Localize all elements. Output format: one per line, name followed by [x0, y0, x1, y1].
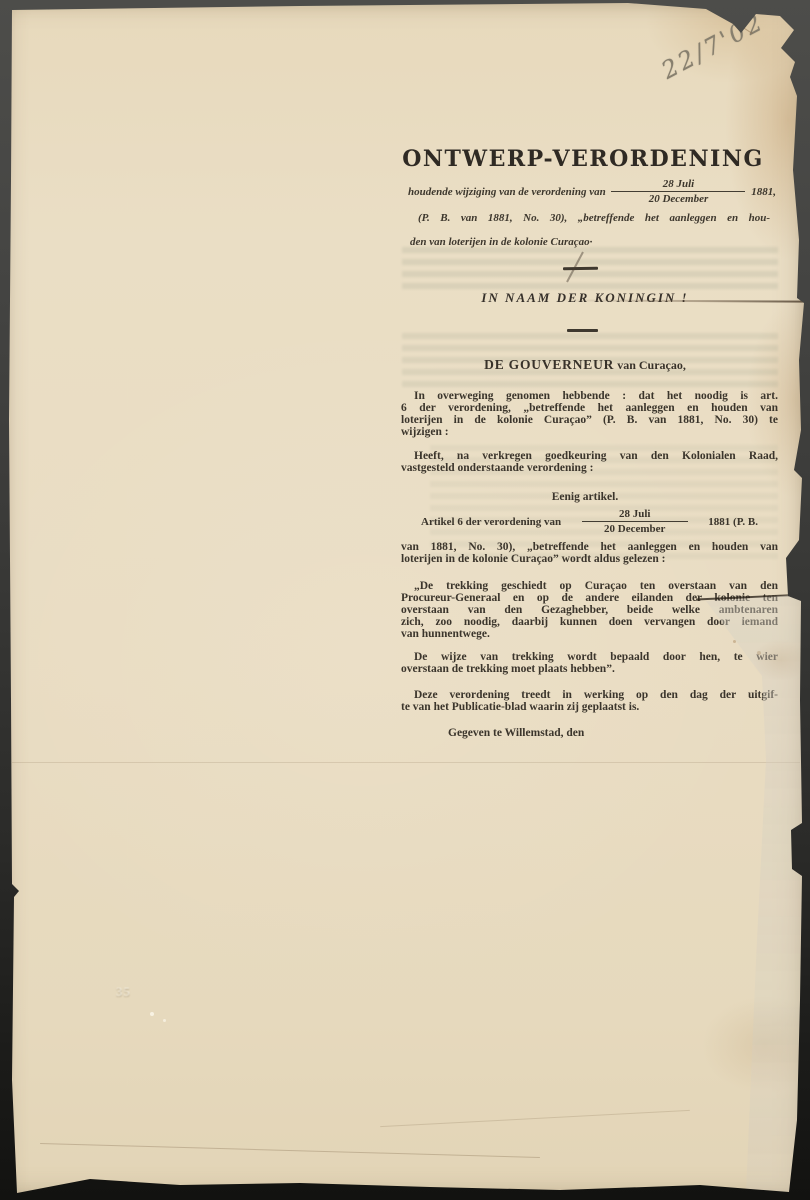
- document-page: 22/7'02 ONTWERP-VERORDENING houdende wij…: [0, 0, 810, 1200]
- royal-motto: IN NAAM DER KONINGIN !: [402, 290, 768, 306]
- date-fraction-numerator: 28 Juli: [663, 178, 694, 191]
- closing-line: Gegeven te Willemstad, den: [448, 727, 778, 739]
- paragraph-inwerkingtreding: Deze verordening treedt in werking op de…: [401, 690, 778, 714]
- date-fraction: 28 Juli 20 December: [611, 178, 745, 206]
- subtitle-line-with-date-fraction: houdende wijziging van de verordening va…: [408, 170, 776, 214]
- separator-rule: [567, 329, 598, 332]
- text-line: loterijen in de kolonie Curaçao” wordt a…: [401, 554, 778, 566]
- paragraph-article-continuation: van 1881, No. 30), „betreffende het aanl…: [401, 542, 778, 566]
- handwritten-date-note: 22/7'02: [640, 0, 786, 94]
- fold-shadow: [12, 762, 800, 763]
- date-fraction: 28 Juli 20 December: [582, 508, 688, 536]
- date-fraction-denominator: 20 December: [611, 191, 745, 206]
- article-line-with-date-fraction: Artikel 6 der verordening van 28 Juli 20…: [421, 502, 758, 542]
- paragraph-approval: Heeft, na verkregen goedkeuring van den …: [401, 451, 778, 475]
- document-title: ONTWERP-VERORDENING: [401, 146, 765, 172]
- scanned-document-photo: 22/7'02 ONTWERP-VERORDENING houdende wij…: [0, 0, 810, 1200]
- crease-line: [40, 1143, 540, 1158]
- embossed-mark: 35: [116, 984, 131, 1000]
- date-fraction-denominator: 20 December: [582, 521, 688, 536]
- text-line: wijzigen :: [401, 427, 778, 439]
- opening-territory: van Curaçao,: [614, 358, 686, 372]
- paper-speck: [163, 1019, 166, 1022]
- text-line: loterijen in de kolonie Curaçao” (P. B. …: [401, 415, 778, 427]
- opening-governor: DE GOUVERNEUR: [484, 357, 614, 372]
- paragraph-consideration: In overweging genomen hebbende : dat het…: [401, 391, 778, 439]
- paper-speck: [150, 1012, 154, 1016]
- date-fraction-numerator: 28 Juli: [619, 508, 650, 521]
- subtitle-lead: houdende wijziging van de verordening va…: [408, 186, 606, 198]
- text-line: vastgesteld onderstaande verordening :: [401, 463, 778, 475]
- subtitle-line: (P. B. van 1881, No. 30), „betreffende h…: [408, 212, 770, 225]
- article-lead: Artikel 6 der verordening van: [421, 516, 561, 528]
- crease-line: [380, 1110, 690, 1127]
- paragraph-wijze: De wijze van trekking wordt bepaald door…: [401, 652, 778, 676]
- article-year: 1881 (P. B.: [708, 516, 758, 528]
- text-line: van hunnentwege.: [401, 629, 778, 641]
- text-line: te van het Publicatie-blad waarin zij ge…: [401, 702, 778, 714]
- text-line: overstaan de trekking moet plaats hebben…: [401, 664, 778, 676]
- subtitle-line: den van loterijen in de kolonie Curaçao·: [408, 236, 762, 249]
- separator-rule: [563, 267, 598, 271]
- subtitle-year: 1881,: [751, 186, 776, 198]
- opening-line: DE GOUVERNEUR van Curaçao,: [402, 357, 768, 373]
